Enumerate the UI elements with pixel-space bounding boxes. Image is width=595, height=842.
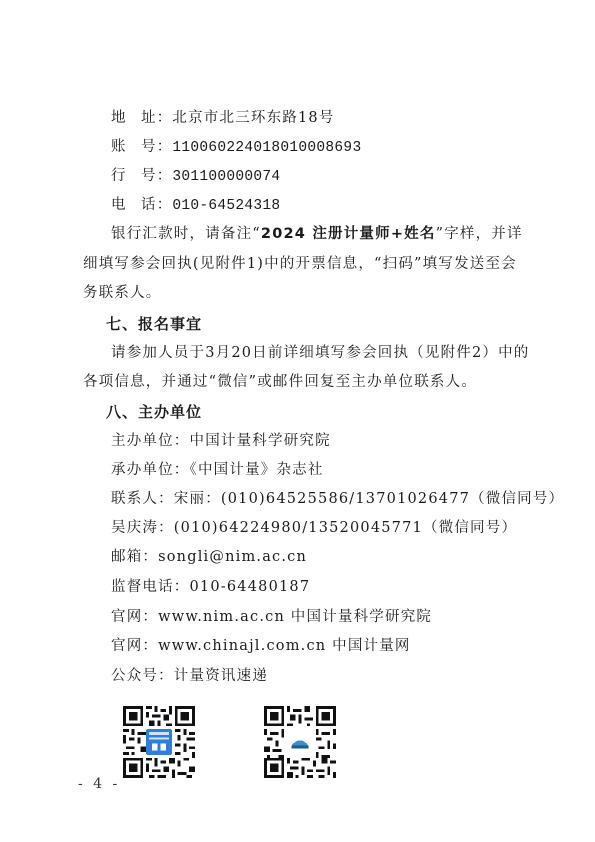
- contact-email: 邮箱：songli@nim.ac.cn: [111, 548, 307, 566]
- organizer-unit: 承办单位：《中国计量》杂志社: [111, 461, 324, 479]
- account-label-2: 号：: [141, 139, 172, 155]
- phone-label-1: 电: [111, 196, 141, 214]
- bank-phone-line: 电话：010-64524318: [111, 196, 280, 215]
- section-8-heading: 八、主办单位: [106, 403, 202, 421]
- contact-person-1: 联系人：宋丽：(010)64525586/13701026477（微信同号）: [111, 490, 564, 508]
- bank-account-line: 账号：110060224018010008693: [111, 138, 361, 157]
- section-7-line-1: 请参加人员于3月20日前详细填写参会回执（见附件2）中的: [111, 344, 530, 362]
- contact-person-2: 吴庆涛：(010)64224980/13520045771（微信同号）: [111, 519, 517, 537]
- address-label-2: 址：: [141, 110, 172, 126]
- remittance-note-line-3: 务联系人。: [83, 284, 162, 302]
- wechat-official-account: 公众号：计量资讯速递: [111, 667, 268, 685]
- phone-label-2: 话：: [141, 197, 172, 213]
- bank-no-label-1: 行: [111, 167, 141, 185]
- remittance-note-text: 银行汇款时，请备注“: [111, 226, 261, 242]
- account-value: 110060224018010008693: [172, 140, 361, 156]
- section-7-line-2: 各项信息，并通过“微信”或邮件回复至主办单位联系人。: [83, 373, 477, 391]
- remittance-note-bold: 2024 注册计量师+姓名: [261, 226, 436, 242]
- qr-code-icon: [123, 706, 195, 778]
- remittance-note-line-1: 银行汇款时，请备注“2024 注册计量师+姓名”字样，并详: [111, 225, 523, 243]
- address-value: 北京市北三环东路18号: [172, 110, 334, 126]
- host-unit: 主办单位：中国计量科学研究院: [111, 432, 331, 450]
- bank-no-value: 301100000074: [172, 169, 280, 185]
- section-7-heading: 七、报名事宜: [106, 315, 202, 333]
- bank-address-line: 地址：北京市北三环东路18号: [111, 109, 335, 127]
- qr-code-icon: [264, 706, 336, 778]
- remittance-note-line-2: 细填写参会回执(见附件1)中的开票信息，“扫码”填写发送至会: [83, 255, 517, 273]
- address-label-1: 地: [111, 109, 141, 127]
- website-chinajl: 官网：www.chinajl.com.cn 中国计量网: [111, 637, 411, 655]
- account-label-1: 账: [111, 138, 141, 156]
- phone-value: 010-64524318: [172, 198, 280, 214]
- bank-no-line: 行号：301100000074: [111, 167, 280, 186]
- website-nim: 官网：www.nim.ac.cn 中国计量科学研究院: [111, 608, 432, 626]
- qr-code-1: [123, 706, 195, 778]
- remittance-note-text-end: ”字样，并详: [436, 226, 523, 242]
- bank-no-label-2: 号：: [141, 168, 172, 184]
- page-number: - 4 -: [78, 776, 120, 792]
- qr-code-2: [264, 706, 336, 778]
- supervision-phone: 监督电话：010-64480187: [111, 578, 310, 596]
